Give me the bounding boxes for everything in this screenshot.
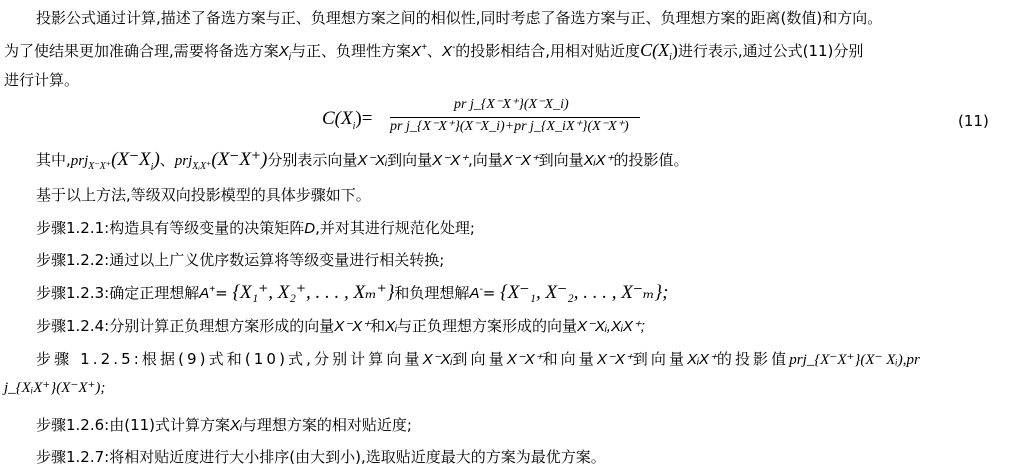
- math-prj-expression: j_{XᵢX⁺}(X⁻X⁺);: [4, 380, 105, 396]
- math-c-xi: C(Xi): [640, 44, 678, 60]
- text-segment: ,pr: [903, 352, 920, 368]
- text-segment: 的投影值。: [613, 151, 688, 169]
- text-segment: 和负理想解: [394, 284, 469, 302]
- vector: X⁻Xᵢ,XᵢX⁺;: [577, 318, 645, 335]
- paragraph-where: 其中,prjX⁻X⁺(X⁻Xi)、prjXᵢX⁺(X⁻X⁺)分别表示向量X⁻Xᵢ…: [36, 150, 688, 171]
- var-xminus: X-: [442, 43, 455, 60]
- math-prj-2: prjXᵢX⁺(X⁻X⁺): [175, 153, 268, 169]
- var-xplus: X+: [411, 43, 427, 60]
- step-1-2-5: 步骤 1.2.5:根据(9)式和(10)式,分别计算向量X⁻Xᵢ到向量X⁻X⁺和…: [36, 349, 920, 370]
- var-xi: Xi: [279, 43, 291, 60]
- var-a-plus: A+: [199, 285, 215, 302]
- step-1-2-6: 步骤1.2.6:由(11)式计算方案Xᵢ与理想方案的相对贴近度;: [36, 415, 412, 436]
- step-1-2-5-cont: j_{XᵢX⁺}(X⁻X⁺);: [4, 377, 105, 398]
- vector: X⁻X⁺: [507, 351, 543, 368]
- vector: XᵢX⁺: [584, 152, 614, 169]
- step-1-2-4: 步骤1.2.4:分别计算正负理想方案形成的向量X⁻X⁺和Xᵢ与正负理想方案形成的…: [36, 316, 645, 337]
- text-segment: 与正、负理性方案: [291, 42, 411, 60]
- text-segment: 和: [370, 317, 385, 335]
- text-segment: 由(11)式计算方案: [109, 416, 230, 434]
- text-segment: 和向量: [543, 350, 597, 368]
- equation-number: (11): [958, 112, 989, 130]
- text-segment: 进行计算。: [4, 71, 79, 89]
- text-segment: ,向量: [468, 151, 503, 169]
- step-label: 步骤1.2.7:: [36, 448, 109, 466]
- vector: X⁻Xᵢ: [357, 152, 387, 169]
- vector: X⁻X⁺: [503, 152, 539, 169]
- text-segment: 将相对贴近度进行大小排序(由大到小),选取贴近度最大的方案为最优方案。: [109, 448, 605, 466]
- var-xi: Xᵢ: [230, 417, 242, 434]
- text-segment: 的投影值: [717, 350, 789, 368]
- vector: Xᵢ: [385, 318, 397, 335]
- text-segment: 分别计算正负理想方案形成的向量: [109, 317, 334, 335]
- var-a-minus: A-: [469, 285, 482, 302]
- paragraph-text: 基于以上方法,等级双向投影模型的具体步骤如下。: [36, 186, 371, 204]
- step-label: 步骤1.2.3:: [36, 284, 109, 302]
- vector: X⁻X⁺: [334, 318, 370, 335]
- text-segment: 确定正理想解: [109, 284, 199, 302]
- text-segment: ,并对其进行规范化处理;: [315, 219, 475, 237]
- text-segment: 到向量: [452, 350, 506, 368]
- step-1-2-3: 步骤1.2.3:确定正理想解A+= {X₁⁺, X₂⁺, . . . , Xₘ⁺…: [36, 283, 668, 304]
- formula-lhs: C(Xi)=: [322, 108, 372, 130]
- text-segment: 到向量: [387, 151, 432, 169]
- step-label: 步骤1.2.2:: [36, 251, 109, 269]
- text-segment: 、: [160, 151, 175, 169]
- text-segment: 到向量: [633, 350, 687, 368]
- step-label: 步骤1.2.6:: [36, 416, 109, 434]
- vector: XᵢX⁺: [687, 351, 717, 368]
- paragraph-text: 投影公式通过计算,描述了备选方案与正、负理想方案之间的相似性,同时考虑了备选方案…: [36, 9, 882, 27]
- math-negative-ideal-set: {X⁻₁, X⁻₂, . . . , X⁻ₘ};: [500, 282, 668, 303]
- vector: X⁻X⁺: [432, 152, 468, 169]
- step-1-2-2: 步骤1.2.2:通过以上广义优序数运算将等级变量进行相关转换;: [36, 250, 444, 270]
- vector: X⁻X⁺: [597, 351, 633, 368]
- text-segment: 进行表示,通过公式(11)分别: [678, 42, 864, 60]
- step-1-2-7: 步骤1.2.7:将相对贴近度进行大小排序(由大到小),选取贴近度最大的方案为最优…: [36, 447, 606, 467]
- var-d: D: [304, 220, 315, 237]
- text-segment: 、: [427, 42, 442, 60]
- text-segment: 到向量: [539, 151, 584, 169]
- text-segment: 与理想方案的相对贴近度;: [242, 416, 412, 434]
- text-segment: =: [215, 284, 232, 302]
- paragraph-combination-cont: 进行计算。: [4, 70, 79, 90]
- step-label: 步骤1.2.4:: [36, 317, 109, 335]
- text-segment: 通过以上广义优序数运算将等级变量进行相关转换;: [109, 251, 444, 269]
- paragraph-intro: 投影公式通过计算,描述了备选方案与正、负理想方案之间的相似性,同时考虑了备选方案…: [36, 8, 882, 28]
- paragraph-combination: 为了使结果更加准确合理,需要将备选方案Xi与正、负理性方案X+、X-的投影相结合…: [4, 40, 863, 62]
- text-segment: 为了使结果更加准确合理,需要将备选方案: [4, 42, 279, 60]
- math-positive-ideal-set: {X₁⁺, X₂⁺, . . . , Xₘ⁺}: [232, 282, 394, 303]
- text-segment: 构造具有等级变量的决策矩阵: [109, 219, 304, 237]
- text-segment: 其中,: [36, 151, 71, 169]
- math-prj-1: prjX⁻X⁺(X⁻Xi): [71, 153, 160, 169]
- text-segment: 的投影相结合,用相对贴近度: [455, 42, 640, 60]
- step-label: 步骤 1.2.5:: [36, 350, 142, 368]
- vector: X⁻Xᵢ: [423, 351, 453, 368]
- text-segment: =: [483, 284, 500, 302]
- step-1-2-1: 步骤1.2.1:构造具有等级变量的决策矩阵D,并对其进行规范化处理;: [36, 218, 475, 239]
- text-segment: 分别表示向量: [267, 151, 357, 169]
- step-label: 步骤1.2.1:: [36, 219, 109, 237]
- formula-denominator: pr j_{X⁻X⁺}(X⁻X_i)+pr j_{X_iX⁺}(X⁻X⁺): [390, 118, 629, 135]
- paragraph-steps-intro: 基于以上方法,等级双向投影模型的具体步骤如下。: [36, 185, 371, 205]
- text-segment: 根据(9)式和(10)式,分别计算向量: [142, 350, 423, 368]
- formula-numerator: pr j_{X⁻X⁺}(X⁻X_i): [454, 96, 569, 113]
- text-segment: 与正负理想方案形成的向量: [397, 317, 577, 335]
- math-prj-expression: prj_{X⁻X⁺}(X⁻ Xᵢ): [789, 352, 903, 368]
